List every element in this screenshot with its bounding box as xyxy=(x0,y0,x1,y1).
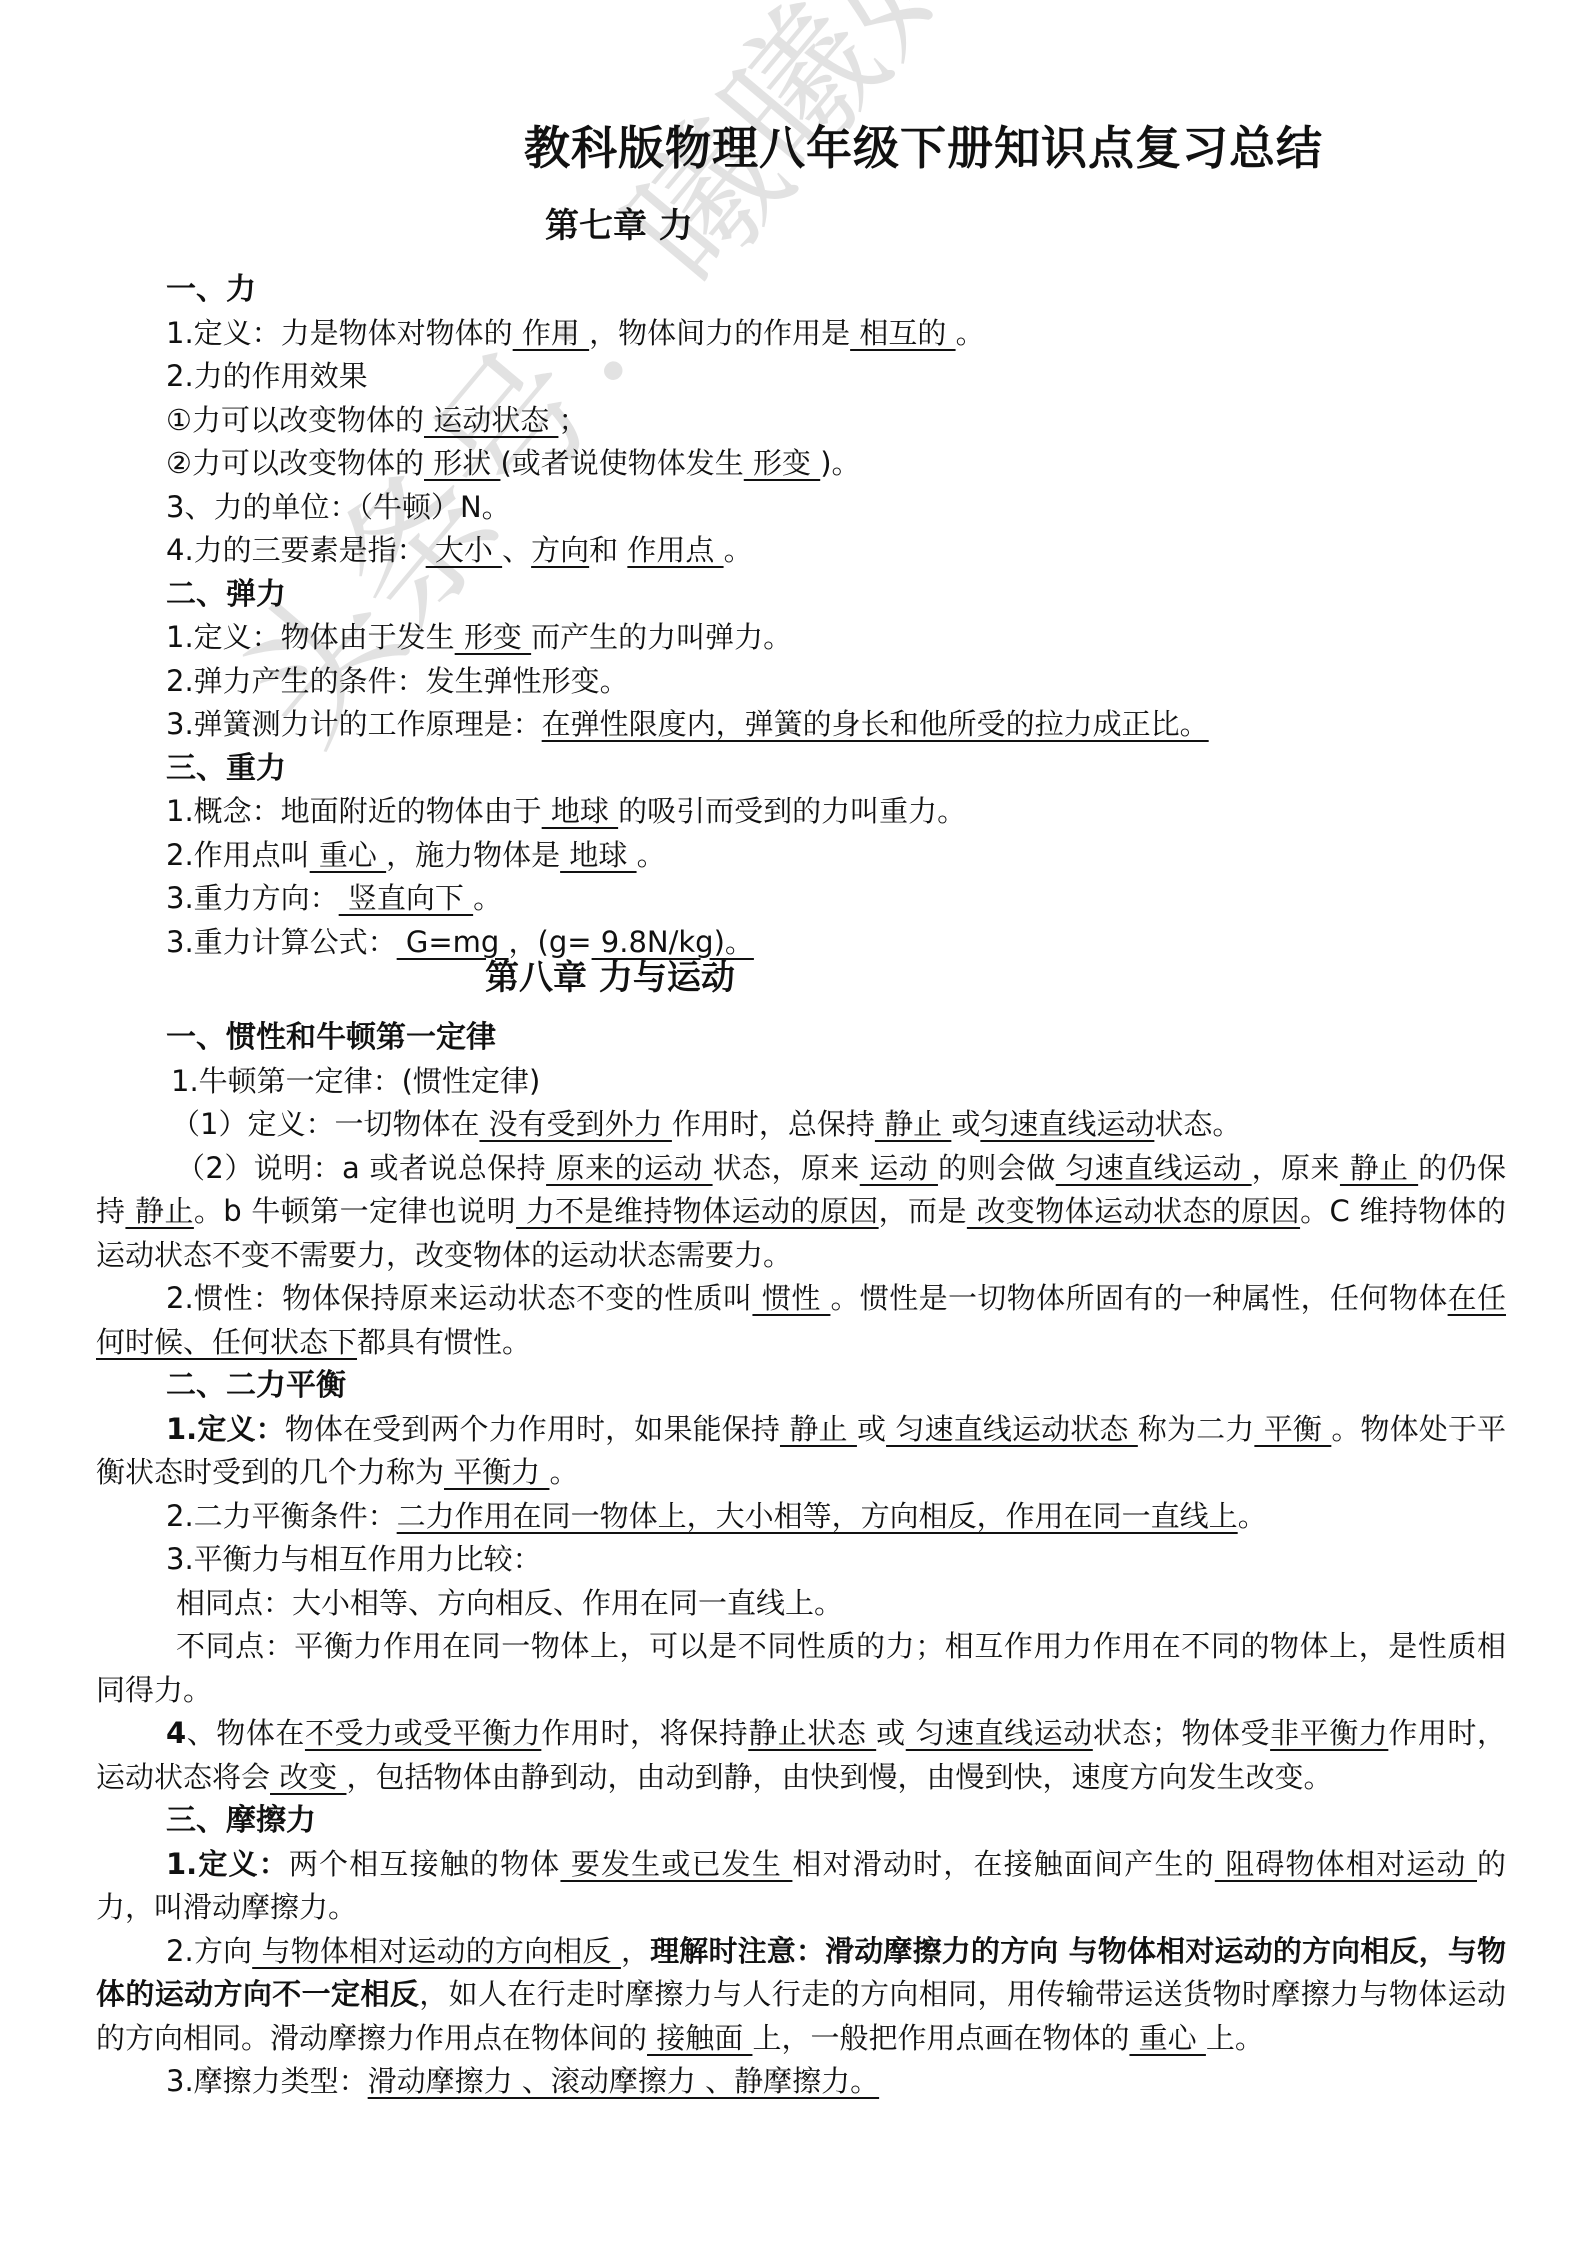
text: 的则会做 xyxy=(938,1151,1056,1185)
text: 状态；物体受 xyxy=(1093,1716,1270,1750)
paragraph: 3.摩擦力类型：滑动摩擦力 、滚动摩擦力 、静摩擦力。 xyxy=(96,2060,1506,2104)
text: 而产生的力叫弹力。 xyxy=(531,620,792,654)
text: 上，一般把作用点画在物体的 xyxy=(752,2021,1129,2055)
blank-answer: 没有受到外力 xyxy=(479,1107,671,1141)
document-title: 教科版物理八年级下册知识点复习总结 xyxy=(0,112,1587,178)
paragraph: 3.重力方向： 竖直向下 。 xyxy=(166,877,1506,921)
blank-answer: 重心 xyxy=(1129,2021,1205,2055)
text: 相对滑动时，在接触面间产生的 xyxy=(792,1847,1214,1881)
text: 。 xyxy=(637,838,666,872)
text: 、物体在 xyxy=(186,1716,305,1750)
text: 的吸引而受到的力叫重力。 xyxy=(618,794,966,828)
paragraph: 1.概念：地面附近的物体由于 地球 的吸引而受到的力叫重力。 xyxy=(166,790,1506,834)
blank-answer: 大小 xyxy=(426,533,502,567)
paragraph: （2）说明：a 或者说总保持 原来的运动 状态，原来 运动 的则会做 匀速直线运… xyxy=(96,1147,1506,1278)
section-heading: 三、摩擦力 xyxy=(96,1799,1506,1843)
paragraph: 1.定义：两个相互接触的物体 要发生或已发生 相对滑动时，在接触面间产生的 阻碍… xyxy=(96,1843,1506,1930)
blank-answer: 非平衡力 xyxy=(1270,1716,1388,1750)
text: (或者说使物体发生 xyxy=(500,446,743,480)
blank-answer: 静止 xyxy=(1340,1151,1418,1185)
text: )。 xyxy=(820,446,860,480)
blank-answer: 形变 xyxy=(744,446,820,480)
paragraph: 3.弹簧测力计的工作原理是：在弹性限度内，弹簧的身长和他所受的拉力成正比。 xyxy=(166,703,1506,747)
blank-answer: 地球 xyxy=(542,794,618,828)
text: 4.力的三要素是指： xyxy=(166,533,426,567)
chapter8-title: 第八章 力与运动 xyxy=(485,950,735,999)
blank-answer: 不受力或受平衡力 xyxy=(305,1716,541,1750)
text: 状态。 xyxy=(1154,1107,1241,1141)
text: ，包括物体由静到动，由动到静，由快到慢，由慢到快，速度方向发生改变。 xyxy=(346,1760,1332,1794)
text: ，而是 xyxy=(879,1194,967,1228)
paragraph: 2.二力平衡条件：二力作用在同一物体上，大小相等，方向相反，作用在同一直线上。 xyxy=(96,1495,1506,1539)
paragraph: 1.定义：物体在受到两个力作用时，如果能保持 静止 或 匀速直线运动状态 称为二… xyxy=(96,1408,1506,1495)
paragraph: 相同点：大小相等、方向相反、作用在同一直线上。 xyxy=(96,1582,1506,1626)
text: 都具有惯性。 xyxy=(357,1325,531,1359)
blank-answer: 匀速直线运动 xyxy=(906,1716,1093,1750)
blank-answer: 竖直向下 xyxy=(339,881,473,915)
chapter7-title: 第七章 力 xyxy=(545,198,693,247)
text: ； xyxy=(558,403,587,437)
paragraph: 3、力的单位：（牛顿）N。 xyxy=(166,486,1506,530)
paragraph: ①力可以改变物体的 运动状态 ； xyxy=(166,399,1506,443)
text-bold: 1.定义： xyxy=(166,1412,285,1446)
text: （1）定义：一切物体在 xyxy=(171,1107,479,1141)
text: 1.定义：物体由于发生 xyxy=(166,620,455,654)
text: 2.惯性：物体保持原来运动状态不变的性质叫 xyxy=(166,1281,752,1315)
blank-answer: 地球 xyxy=(560,838,636,872)
text: 两个相互接触的物体 xyxy=(289,1847,561,1881)
text-bold: 1.定义： xyxy=(166,1847,289,1881)
blank-answer: 与物体相对运动的方向相反 xyxy=(252,1934,621,1968)
blank-answer: 滑动摩擦力 、滚动摩擦力 、静摩擦力。 xyxy=(368,2064,879,2098)
blank-answer: 二力作用在同一物体上，大小相等，方向相反，作用在同一直线上 xyxy=(397,1499,1238,1533)
text: 。 xyxy=(956,316,985,350)
text-bold: 4 xyxy=(166,1716,186,1750)
paragraph: 1.牛顿第一定律：(惯性定律) xyxy=(96,1060,1506,1104)
text: ， xyxy=(621,1934,650,1968)
text: ，原来 xyxy=(1252,1151,1340,1185)
text: 或 xyxy=(857,1412,886,1446)
text: ，施力物体是 xyxy=(386,838,560,872)
blank-answer: 相互的 xyxy=(850,316,955,350)
blank-answer: 重心 xyxy=(310,838,386,872)
text: 或 xyxy=(876,1716,906,1750)
paragraph: 2.作用点叫 重心 ，施力物体是 地球 。 xyxy=(166,834,1506,878)
text: 或 xyxy=(951,1107,980,1141)
blank-answer: 运动 xyxy=(860,1151,938,1185)
text: 。 xyxy=(473,881,502,915)
blank-answer: 改变物体运动状态的原因 xyxy=(967,1194,1300,1228)
text: 3.弹簧测力计的工作原理是： xyxy=(166,707,542,741)
paragraph: （1）定义：一切物体在 没有受到外力 作用时，总保持 静止 或匀速直线运动状态。 xyxy=(96,1103,1506,1147)
blank-answer: 平衡 xyxy=(1254,1412,1331,1446)
text: 。b 牛顿第一定律也说明 xyxy=(194,1194,516,1228)
blank-answer: 匀速直线运动 xyxy=(980,1107,1154,1141)
blank-answer: 匀速直线运动 xyxy=(1056,1151,1252,1185)
text: 作用时，总保持 xyxy=(672,1107,875,1141)
blank-answer: 改变 xyxy=(270,1760,346,1794)
text: 称为二力 xyxy=(1138,1412,1255,1446)
blank-answer: 静止状态 xyxy=(748,1716,876,1750)
chapter8-body: 一、惯性和牛顿第一定律 1.牛顿第一定律：(惯性定律) （1）定义：一切物体在 … xyxy=(96,1016,1506,2104)
chapter7-body: 一、力 1.定义：力是物体对物体的 作用 ，物体间力的作用是 相互的 。 2.力… xyxy=(166,268,1506,964)
paragraph: 2.惯性：物体保持原来运动状态不变的性质叫 惯性 。惯性是一切物体所固有的一种属… xyxy=(96,1277,1506,1364)
text: ②力可以改变物体的 xyxy=(166,446,424,480)
text: 3.重力计算公式： xyxy=(166,925,397,959)
text: 、 xyxy=(502,533,531,567)
text: 。 xyxy=(549,1455,578,1489)
document-page: 头条号：曦曦妈说教育 教科版物理八年级下册知识点复习总结 第七章 力 一、力 1… xyxy=(0,0,1587,2245)
text: 2.方向 xyxy=(166,1934,252,1968)
text: 。 xyxy=(1238,1499,1267,1533)
text: （2）说明：a 或者说总保持 xyxy=(176,1151,546,1185)
text: 。惯性是一切物体所固有的一种属性，任何物体 xyxy=(830,1281,1447,1315)
blank-answer: 形变 xyxy=(455,620,531,654)
blank-answer: 要发生或已发生 xyxy=(560,1847,792,1881)
blank-answer: 原来的运动 xyxy=(546,1151,712,1185)
blank-answer: 静止 xyxy=(780,1412,857,1446)
paragraph: ②力可以改变物体的 形状 (或者说使物体发生 形变 )。 xyxy=(166,442,1506,486)
paragraph: 4、物体在不受力或受平衡力作用时，将保持静止状态 或 匀速直线运动状态；物体受非… xyxy=(96,1712,1506,1799)
paragraph: 3.重力计算公式： G=mg ，(g= 9.8N/kg)。 xyxy=(166,921,1506,965)
paragraph: 不同点：平衡力作用在同一物体上，可以是不同性质的力；相互作用力作用在不同的物体上… xyxy=(96,1625,1506,1712)
text: 状态，原来 xyxy=(713,1151,860,1185)
paragraph: 2.弹力产生的条件：发生弹性形变。 xyxy=(166,660,1506,704)
paragraph: 2.方向 与物体相对运动的方向相反 ，理解时注意：滑动摩擦力的方向 与物体相对运… xyxy=(96,1930,1506,2061)
blank-answer: 在弹性限度内，弹簧的身长和他所受的拉力成正比。 xyxy=(542,707,1209,741)
text: 上。 xyxy=(1206,2021,1264,2055)
paragraph: 2.力的作用效果 xyxy=(166,355,1506,399)
section-heading: 一、力 xyxy=(166,268,1506,312)
blank-answer: 平衡力 xyxy=(444,1455,549,1489)
section-heading: 二、二力平衡 xyxy=(96,1364,1506,1408)
text: 物体在受到两个力作用时，如果能保持 xyxy=(285,1412,780,1446)
section-heading: 二、弹力 xyxy=(166,573,1506,617)
text: ，物体间力的作用是 xyxy=(589,316,850,350)
text: 作用时，将保持 xyxy=(541,1716,748,1750)
text: 2.二力平衡条件： xyxy=(166,1499,397,1533)
blank-answer: 力不是维持物体运动的原因 xyxy=(516,1194,879,1228)
blank-answer: 方向 xyxy=(531,533,589,567)
blank-answer: 匀速直线运动状态 xyxy=(886,1412,1138,1446)
section-heading: 一、惯性和牛顿第一定律 xyxy=(96,1016,1506,1060)
blank-answer: 接触面 xyxy=(647,2021,752,2055)
blank-answer: 作用点 xyxy=(627,533,723,567)
blank-answer: 运动状态 xyxy=(424,403,558,437)
blank-answer: 静止 xyxy=(875,1107,951,1141)
text: 。 xyxy=(724,533,753,567)
blank-answer: 静止 xyxy=(125,1194,193,1228)
paragraph: 4.力的三要素是指： 大小 、方向和 作用点 。 xyxy=(166,529,1506,573)
blank-answer: 阻碍物体相对运动 xyxy=(1215,1847,1477,1881)
blank-answer: 作用 xyxy=(513,316,589,350)
text: 3.摩擦力类型： xyxy=(166,2064,368,2098)
text: 1.概念：地面附近的物体由于 xyxy=(166,794,542,828)
blank-answer: 惯性 xyxy=(752,1281,830,1315)
text: 3.重力方向： xyxy=(166,881,339,915)
paragraph: 1.定义：物体由于发生 形变 而产生的力叫弹力。 xyxy=(166,616,1506,660)
text: 和 xyxy=(589,533,627,567)
text: ①力可以改变物体的 xyxy=(166,403,424,437)
paragraph: 3.平衡力与相互作用力比较： xyxy=(96,1538,1506,1582)
paragraph: 1.定义：力是物体对物体的 作用 ，物体间力的作用是 相互的 。 xyxy=(166,312,1506,356)
blank-answer: 形状 xyxy=(424,446,500,480)
text: 1.定义：力是物体对物体的 xyxy=(166,316,513,350)
text: 2.作用点叫 xyxy=(166,838,310,872)
section-heading: 三、重力 xyxy=(166,747,1506,791)
